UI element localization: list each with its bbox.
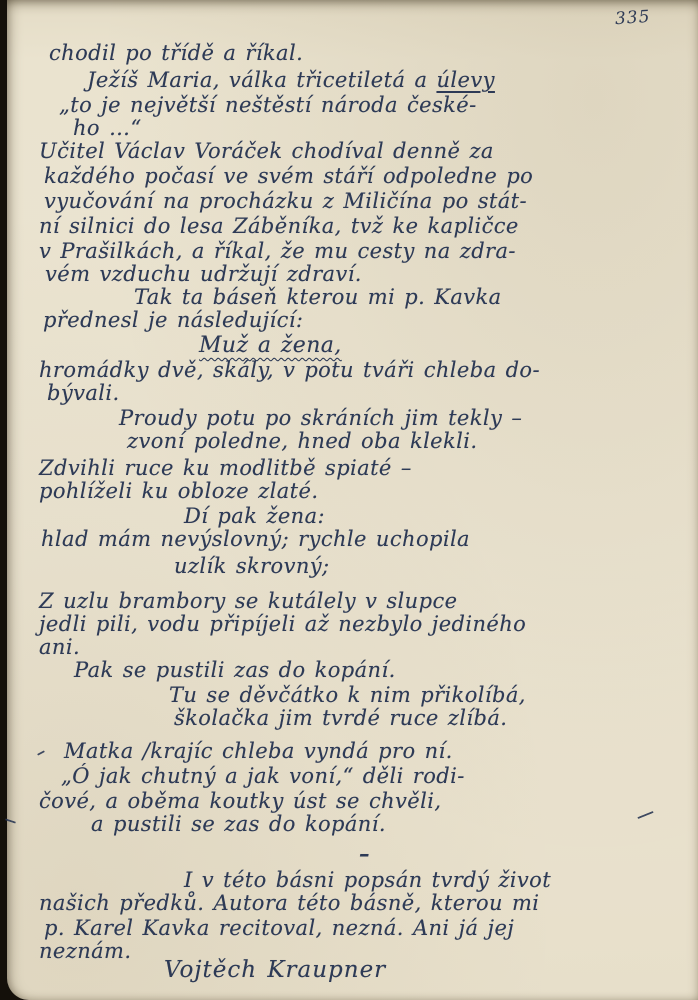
manuscript-line: v Prašilkách, a říkal, že mu cesty na zd… xyxy=(39,240,680,263)
manuscript-line: Matka /krajíc chleba vyndá pro ní. xyxy=(64,740,680,763)
manuscript-line: Proudy potu po skráních jim tekly – xyxy=(119,407,680,430)
manuscript-line: našich předků. Autora této básně, kterou… xyxy=(39,892,680,915)
manuscript-line: Zdvihli ruce ku modlitbě spiaté – xyxy=(39,457,680,480)
poem-title: Muž a žena, xyxy=(199,334,680,357)
manuscript-line: Dí pak žena: xyxy=(184,505,680,528)
manuscript-line: školačka jim tvrdé ruce zlíbá. xyxy=(174,707,680,730)
manuscript-page: 335 chodil po třídě a říkal.Ježíš Maria,… xyxy=(7,0,698,1000)
manuscript-line: Učitel Václav Voráček chodíval denně za xyxy=(39,140,680,163)
page-number: 335 xyxy=(614,7,651,29)
manuscript-line: vém vzduchu udržují zdraví. xyxy=(45,263,680,286)
manuscript-line: Ježíš Maria, válka třicetiletá a úlevy xyxy=(87,69,680,92)
manuscript-line: čové, a oběma koutky úst se chvěli, xyxy=(39,790,680,813)
manuscript-line: uzlík skrovný; xyxy=(174,555,680,578)
manuscript-line: Pak se pustili zas do kopání. xyxy=(74,659,680,682)
manuscript-line: ho …“ xyxy=(73,117,680,140)
manuscript-line: ani. xyxy=(39,636,680,659)
manuscript-line: Tak ta báseň kterou mi p. Kavka xyxy=(134,286,680,309)
manuscript-line: Z uzlu brambory se kutálely v slupce xyxy=(39,590,680,613)
pen-mark-edge-mark-left xyxy=(5,818,16,823)
manuscript-line: vyučování na procházku z Miličína po stá… xyxy=(44,190,680,213)
manuscript-line: zvoní poledne, hned oba klekli. xyxy=(127,430,680,453)
manuscript-lines: chodil po třídě a říkal.Ježíš Maria, vál… xyxy=(39,42,680,982)
manuscript-line: „to je největší neštěstí národa české- xyxy=(59,94,680,117)
manuscript-line: ní silnici do lesa Záběníka, tvž ke kapl… xyxy=(39,215,680,238)
manuscript-line: bývali. xyxy=(47,382,680,405)
manuscript-line: Tu se děvčátko k nim přikolíbá, xyxy=(169,684,680,707)
manuscript-line: hromádky dvě, skály, v potu tváři chleba… xyxy=(39,359,680,382)
manuscript-line: chodil po třídě a říkal. xyxy=(49,42,680,65)
manuscript-line: pohlíželi ku obloze zlaté. xyxy=(39,480,680,503)
manuscript-line: jedli pili, vodu připíjeli až nezbylo je… xyxy=(39,613,680,636)
signature-line: Vojtěch Kraupner xyxy=(164,959,680,982)
manuscript-line: každého počasí ve svém stáří odpoledne p… xyxy=(44,165,680,188)
text-segment: Ježíš Maria, válka třicetiletá a xyxy=(87,68,436,92)
manuscript-line: přednesl je následující: xyxy=(43,309,680,332)
manuscript-line: I v této básni popsán tvrdý život xyxy=(184,869,680,892)
manuscript-line: hlad mám nevýslovný; rychle uchopila xyxy=(41,528,680,551)
manuscript-line: „Ó jak chutný a jak voní,“ děli rodi- xyxy=(61,765,680,788)
underlined-word: úlevy xyxy=(436,68,494,92)
manuscript-line: a pustili se zas do kopání. xyxy=(91,813,680,836)
manuscript-line: p. Karel Kavka recitoval, nezná. Ani já … xyxy=(44,917,680,940)
manuscript-line: – xyxy=(359,842,680,865)
